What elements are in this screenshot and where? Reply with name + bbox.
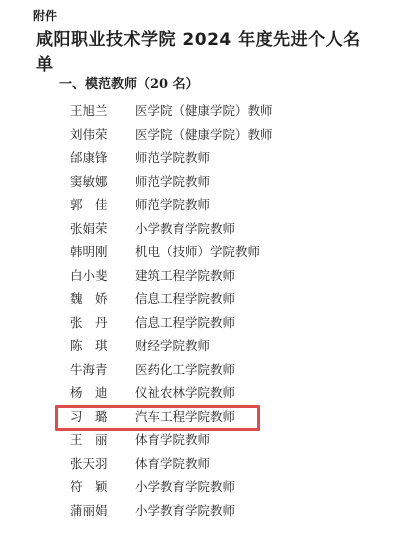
teacher-row: 张天羽体育学院教师: [0, 452, 397, 476]
teacher-row: 习 璐汽车工程学院教师: [0, 405, 397, 429]
teacher-department: 机电（技师）学院教师: [135, 240, 260, 264]
teacher-name: 陈 琪: [70, 334, 130, 358]
teacher-name: 王旭兰: [70, 99, 130, 123]
teacher-row: 陈 琪财经学院教师: [0, 334, 397, 358]
teacher-department: 仪祉农林学院教师: [135, 381, 235, 405]
teacher-name: 习 璐: [70, 405, 130, 429]
teacher-department: 小学教育学院教师: [135, 475, 235, 499]
teacher-department: 体育学院教师: [135, 428, 210, 452]
teacher-name: 窦敏娜: [70, 170, 130, 194]
teacher-department: 小学教育学院教师: [135, 499, 235, 523]
teacher-name: 魏 娇: [70, 287, 130, 311]
teacher-department: 医药化工学院教师: [135, 358, 235, 382]
teacher-department: 师范学院教师: [135, 193, 210, 217]
teacher-department: 医学院（健康学院）教师: [135, 99, 273, 123]
teacher-row: 白小斐建筑工程学院教师: [0, 264, 397, 288]
teacher-name: 王 丽: [70, 428, 130, 452]
teacher-row: 郭 佳师范学院教师: [0, 193, 397, 217]
teacher-department: 汽车工程学院教师: [135, 405, 235, 429]
teacher-row: 张娟荣小学教育学院教师: [0, 217, 397, 241]
teacher-department: 信息工程学院教师: [135, 311, 235, 335]
teacher-name: 张天羽: [70, 452, 130, 476]
teacher-row: 张 丹信息工程学院教师: [0, 311, 397, 335]
teacher-row: 蒲丽娟小学教育学院教师: [0, 499, 397, 523]
teacher-department: 师范学院教师: [135, 170, 210, 194]
teacher-name: 张娟荣: [70, 217, 130, 241]
teacher-row: 王 丽体育学院教师: [0, 428, 397, 452]
teacher-name: 牛海青: [70, 358, 130, 382]
teacher-name: 杨 迪: [70, 381, 130, 405]
teacher-row: 杨 迪仪祉农林学院教师: [0, 381, 397, 405]
teacher-list: 王旭兰医学院（健康学院）教师刘伟荣医学院（健康学院）教师邰康锋师范学院教师窦敏娜…: [0, 99, 397, 522]
attachment-label: 附件: [33, 7, 57, 24]
teacher-row: 牛海青医药化工学院教师: [0, 358, 397, 382]
teacher-department: 体育学院教师: [135, 452, 210, 476]
teacher-name: 刘伟荣: [70, 123, 130, 147]
teacher-department: 医学院（健康学院）教师: [135, 123, 273, 147]
teacher-name: 韩明刚: [70, 240, 130, 264]
teacher-department: 师范学院教师: [135, 146, 210, 170]
teacher-name: 张 丹: [70, 311, 130, 335]
teacher-name: 蒲丽娟: [70, 499, 130, 523]
teacher-row: 王旭兰医学院（健康学院）教师: [0, 99, 397, 123]
teacher-name: 邰康锋: [70, 146, 130, 170]
teacher-name: 符 颖: [70, 475, 130, 499]
teacher-row: 邰康锋师范学院教师: [0, 146, 397, 170]
teacher-row: 韩明刚机电（技师）学院教师: [0, 240, 397, 264]
teacher-row: 刘伟荣医学院（健康学院）教师: [0, 123, 397, 147]
page-title: 咸阳职业技术学院 2024 年度先进个人名单: [36, 25, 366, 75]
teacher-department: 小学教育学院教师: [135, 217, 235, 241]
teacher-row: 魏 娇信息工程学院教师: [0, 287, 397, 311]
section-heading: 一、模范教师（20 名）: [59, 73, 199, 92]
teacher-row: 符 颖小学教育学院教师: [0, 475, 397, 499]
teacher-department: 建筑工程学院教师: [135, 264, 235, 288]
teacher-department: 财经学院教师: [135, 334, 210, 358]
teacher-name: 白小斐: [70, 264, 130, 288]
teacher-name: 郭 佳: [70, 193, 130, 217]
teacher-row: 窦敏娜师范学院教师: [0, 170, 397, 194]
teacher-department: 信息工程学院教师: [135, 287, 235, 311]
